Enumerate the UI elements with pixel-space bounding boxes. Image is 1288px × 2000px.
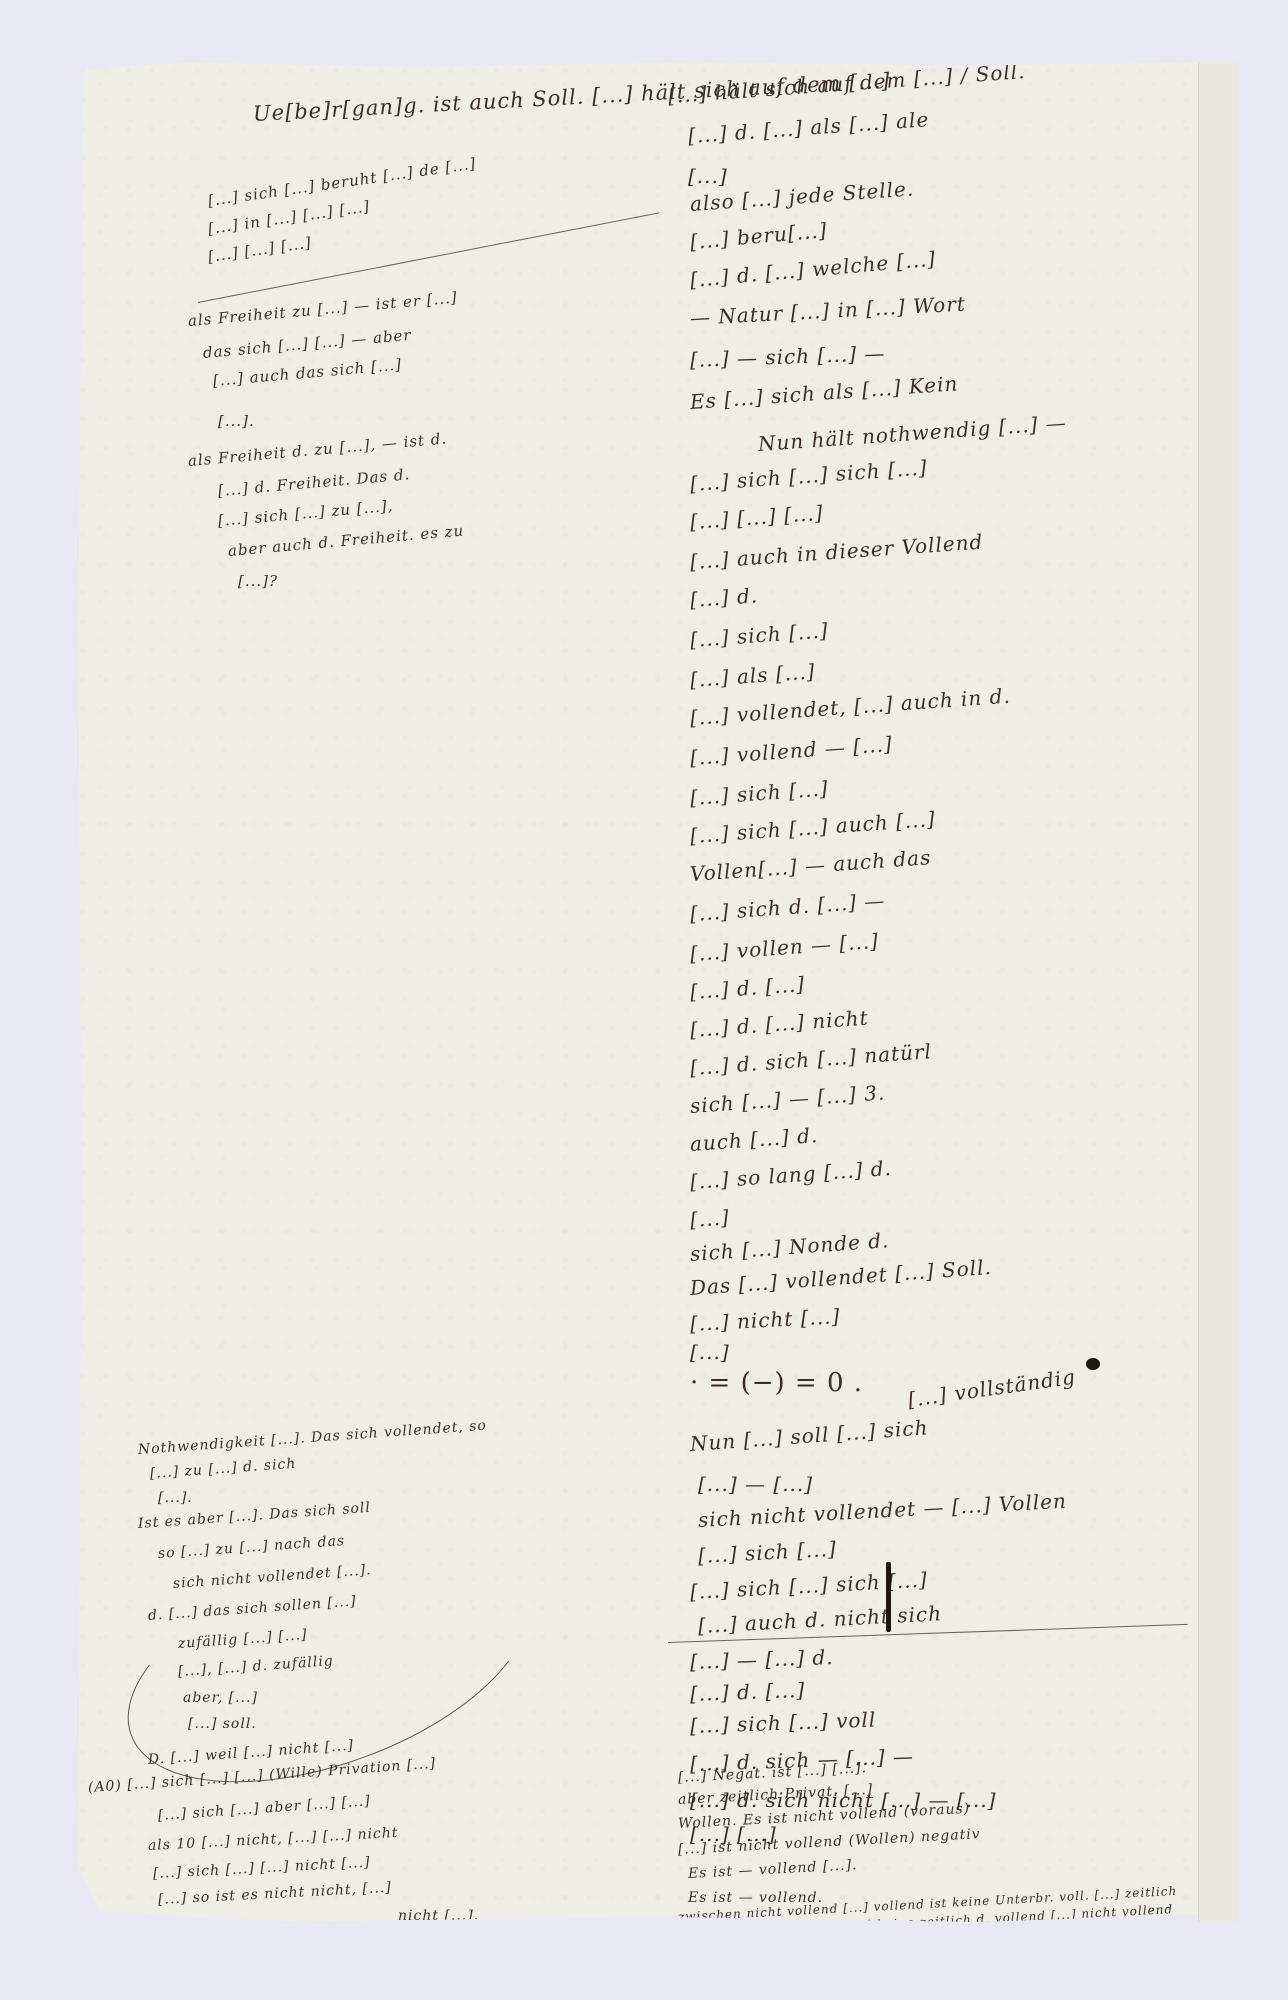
text-line: [...] hält sich auf dem [...] / Soll.	[667, 59, 1026, 108]
note-line: als 10 [...] nicht, [...] [...] nicht	[148, 1825, 399, 1854]
text-line: — Natur [...] in [...] Wort	[689, 292, 966, 330]
text-line: [...] vollend — [...]	[689, 732, 893, 770]
note-line: [...] sich [...] [...] nicht [...]	[153, 1855, 371, 1882]
text-line: [...] auch d. nicht sich	[697, 1601, 942, 1638]
text-line: [...] sich [...]	[689, 618, 829, 652]
text-line: [...] auch in dieser Vollend	[689, 530, 984, 574]
text-line: [...] sich [...] sich [...]	[689, 455, 928, 496]
text-line: [...] als [...]	[689, 659, 816, 692]
text-line: [...] d. [...] als [...] ale	[687, 107, 930, 148]
text-line: [...] [...] [...]	[689, 501, 824, 534]
text-line: [...] d.	[689, 583, 759, 612]
text-line: [...]	[688, 164, 728, 188]
note-line: als Freiheit zu [...] — ist er [...]	[187, 288, 458, 330]
equation: · = (−) = 0 .	[690, 1368, 863, 1398]
text-line: [...] — sich [...] —	[690, 341, 886, 372]
ink-blot	[1086, 1358, 1100, 1370]
text-line: [...] d. [...] welche [...]	[689, 247, 937, 292]
note-line: [...] so ist es nicht nicht, [...]	[158, 1880, 393, 1908]
text-line: Es [...] sich als [...] Kein	[689, 371, 959, 414]
text-line: [...] d. [...]	[690, 1678, 806, 1706]
text-line: [...] sich [...] auch [...]	[689, 807, 936, 848]
note-line: [...].	[218, 412, 255, 430]
note-line: [...] zu [...] d. sich	[149, 1456, 296, 1482]
note-line: so [...] zu [...] nach das	[157, 1533, 345, 1562]
text-line: [...] vollendet, [...] auch in d.	[689, 684, 1011, 730]
text-line: [...] beru[...]	[689, 218, 828, 254]
text-line: [...] d. sich [...] natürl	[689, 1039, 932, 1080]
text-line: [...] sich [...] voll	[690, 1708, 877, 1738]
text-line: Vollen[...] — auch das	[689, 845, 932, 886]
vertical-ink-stroke	[886, 1562, 891, 1632]
text-line: [...] sich [...] sich [...]	[689, 1568, 928, 1604]
adjacent-page-edge	[1198, 62, 1239, 1922]
note-line: als Freiheit d. zu [...], — ist d.	[187, 429, 448, 470]
note-line: aber auch d. Freiheit. es zu	[227, 521, 465, 560]
note-line: [...] [...] [...]	[207, 234, 313, 266]
text-line: [...] vollen — [...]	[689, 929, 879, 966]
text-line: [...] vollständig	[906, 1365, 1077, 1412]
text-line: Nun hält nothwendig [...] —	[757, 410, 1067, 456]
text-line: [...] sich d. [...] —	[689, 888, 886, 926]
text-line: [...] nicht [...]	[689, 1304, 841, 1336]
text-line: sich [...] — [...] 3.	[689, 1080, 886, 1118]
text-line: [...] so lang [...] d.	[689, 1156, 892, 1194]
manuscript-page: Ue[be]r[gan]g. ist auch Soll. [...] hält…	[78, 62, 1198, 1922]
note-line: [...] auch das sich [...]	[212, 356, 402, 390]
text-line: [...]	[689, 1205, 730, 1232]
text-line: Nun [...] soll [...] sich	[689, 1415, 929, 1456]
text-line: [...] d. [...] nicht	[689, 1006, 869, 1042]
note-line: [...].	[158, 1490, 193, 1506]
text-line: [...] — [...] d.	[690, 1645, 834, 1674]
text-line: [...] sich [...]	[689, 776, 829, 810]
text-line: [...]	[690, 1340, 730, 1364]
text-line: auch [...] d.	[689, 1123, 819, 1156]
note-line: Nothwendigkeit [...]. Das sich vollendet…	[137, 1418, 487, 1458]
note-line: [...]?	[238, 572, 278, 590]
text-line: [...] d. [...]	[689, 972, 806, 1004]
text-line: [...] sich [...]	[697, 1537, 837, 1568]
text-line: sich [...] Nonde d.	[689, 1228, 890, 1266]
text-line: [...] — [...]	[698, 1472, 813, 1496]
note-line: [...] sich [...] aber [...] [...]	[157, 1793, 371, 1824]
note-line: [...] sich [...] zu [...],	[217, 497, 394, 530]
note-line: Es ist — vollend [...].	[688, 1857, 858, 1882]
note-line: [...] d. Freiheit. Das d.	[217, 465, 411, 500]
note-line: nicht [...].	[398, 1908, 479, 1924]
